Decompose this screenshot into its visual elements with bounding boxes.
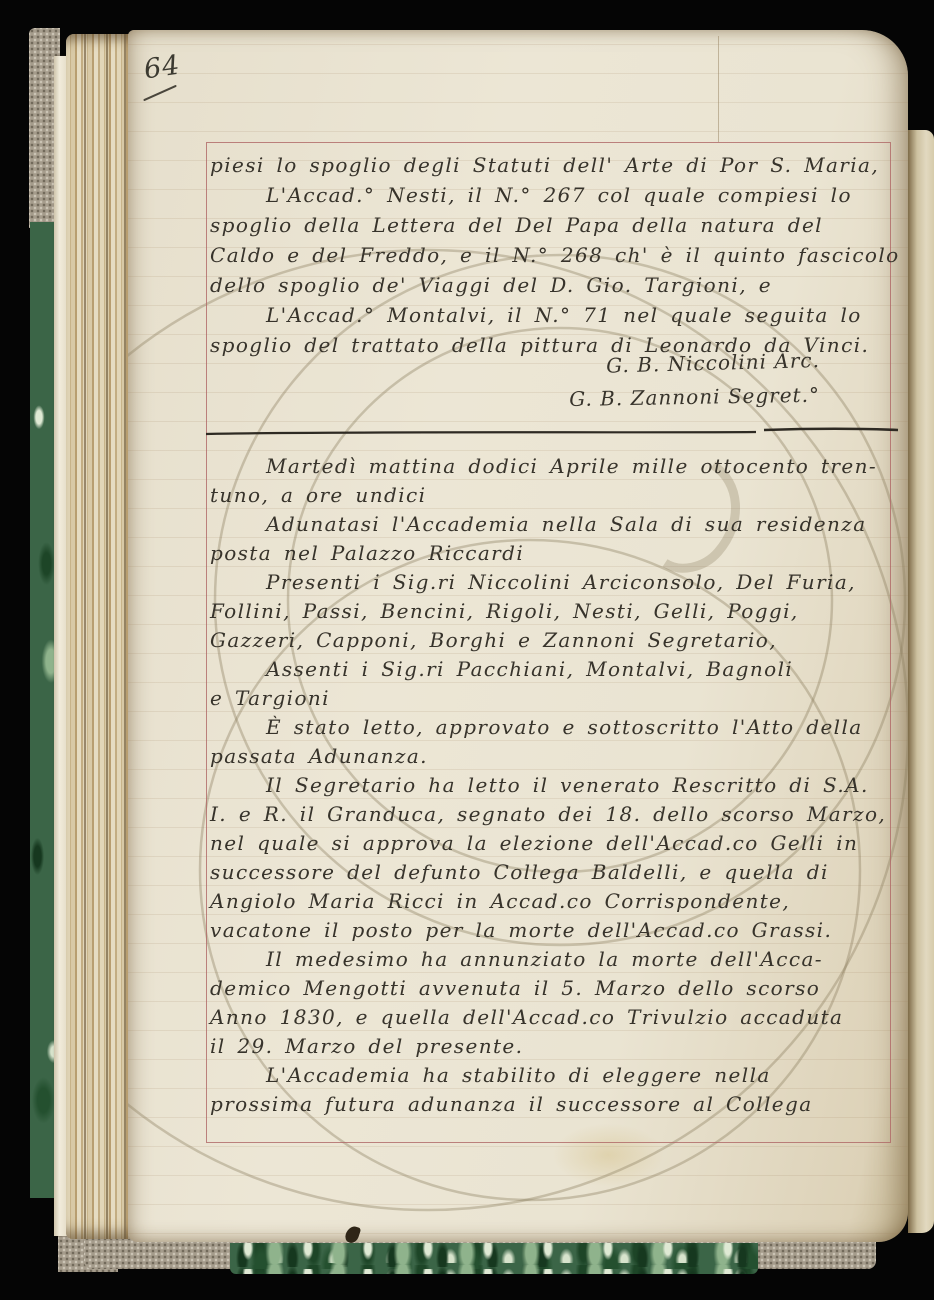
marbled-cover-edge-bottom bbox=[230, 1243, 758, 1274]
manuscript-line: L'Accad.° Nesti, il N.° 267 col quale co… bbox=[210, 180, 900, 210]
manuscript-line: nel quale si approva la elezione dell'Ac… bbox=[210, 829, 886, 858]
manuscript-line: piesi lo spoglio degli Statuti dell' Art… bbox=[210, 150, 900, 180]
manuscript-line: I. e R. il Granduca, segnato dei 18. del… bbox=[210, 800, 886, 829]
manuscript-line: dello spoglio de' Viaggi del D. Gio. Tar… bbox=[210, 270, 900, 300]
manuscript-line: Il medesimo ha annunziato la morte dell'… bbox=[210, 945, 886, 974]
page-edge-ridge bbox=[124, 34, 126, 1239]
manuscript-line: Follini, Passi, Bencini, Rigoli, Nesti, … bbox=[210, 597, 886, 626]
book-scan: 64 piesi lo spoglio degli Statuti dell' … bbox=[0, 0, 934, 1300]
next-page-edge bbox=[908, 130, 934, 1233]
manuscript-line: È stato letto, approvato e sottoscritto … bbox=[210, 713, 886, 742]
manuscript-line: Presenti i Sig.ri Niccolini Arciconsolo,… bbox=[210, 568, 886, 597]
minutes-section-april-12-1831: Martedì mattina dodici Aprile mille otto… bbox=[210, 452, 886, 1119]
manuscript-line: e Targioni bbox=[210, 684, 886, 713]
manuscript-line: tuno, a ore undici bbox=[210, 481, 886, 510]
manuscript-line: Assenti i Sig.ri Pacchiani, Montalvi, Ba… bbox=[210, 655, 886, 684]
manuscript-line: Caldo e del Freddo, e il N.° 268 ch' è i… bbox=[210, 240, 900, 270]
manuscript-line: Adunatasi l'Accademia nella Sala di sua … bbox=[210, 510, 886, 539]
folio-number: 64 bbox=[142, 50, 182, 86]
manuscript-line: demico Mengotti avvenuta il 5. Marzo del… bbox=[210, 974, 886, 1003]
manuscript-line: successore del defunto Collega Baldelli,… bbox=[210, 858, 886, 887]
manuscript-line: Angiolo Maria Ricci in Accad.co Corrispo… bbox=[210, 887, 886, 916]
manuscript-line: Martedì mattina dodici Aprile mille otto… bbox=[210, 452, 886, 481]
manuscript-line: vacatone il posto per la morte dell'Acca… bbox=[210, 916, 886, 945]
page-edge-ridge bbox=[84, 34, 86, 1239]
manuscript-line: posta nel Palazzo Riccardi bbox=[210, 539, 886, 568]
manuscript-page: 64 piesi lo spoglio degli Statuti dell' … bbox=[128, 30, 908, 1242]
manuscript-line: passata Adunanza. bbox=[210, 742, 886, 771]
paper-crease bbox=[718, 36, 719, 142]
manuscript-line: spoglio della Lettera del Del Papa della… bbox=[210, 210, 900, 240]
manuscript-line: Il Segretario ha letto il venerato Rescr… bbox=[210, 771, 886, 800]
manuscript-line: L'Accad.° Montalvi, il N.° 71 nel quale … bbox=[210, 300, 900, 330]
manuscript-line: il 29. Marzo del presente. bbox=[210, 1032, 886, 1061]
manuscript-line: prossima futura adunanza il successore a… bbox=[210, 1090, 886, 1119]
page-stack-edges bbox=[66, 34, 136, 1239]
section-separator bbox=[204, 424, 900, 438]
manuscript-line: L'Accademia ha stabilito di eleggere nel… bbox=[210, 1061, 886, 1090]
page-edge-ridge bbox=[106, 34, 108, 1239]
manuscript-line: Anno 1830, e quella dell'Accad.co Trivul… bbox=[210, 1003, 886, 1032]
minutes-section-previous: piesi lo spoglio degli Statuti dell' Art… bbox=[210, 150, 900, 360]
manuscript-line: Gazzeri, Capponi, Borghi e Zannoni Segre… bbox=[210, 626, 886, 655]
